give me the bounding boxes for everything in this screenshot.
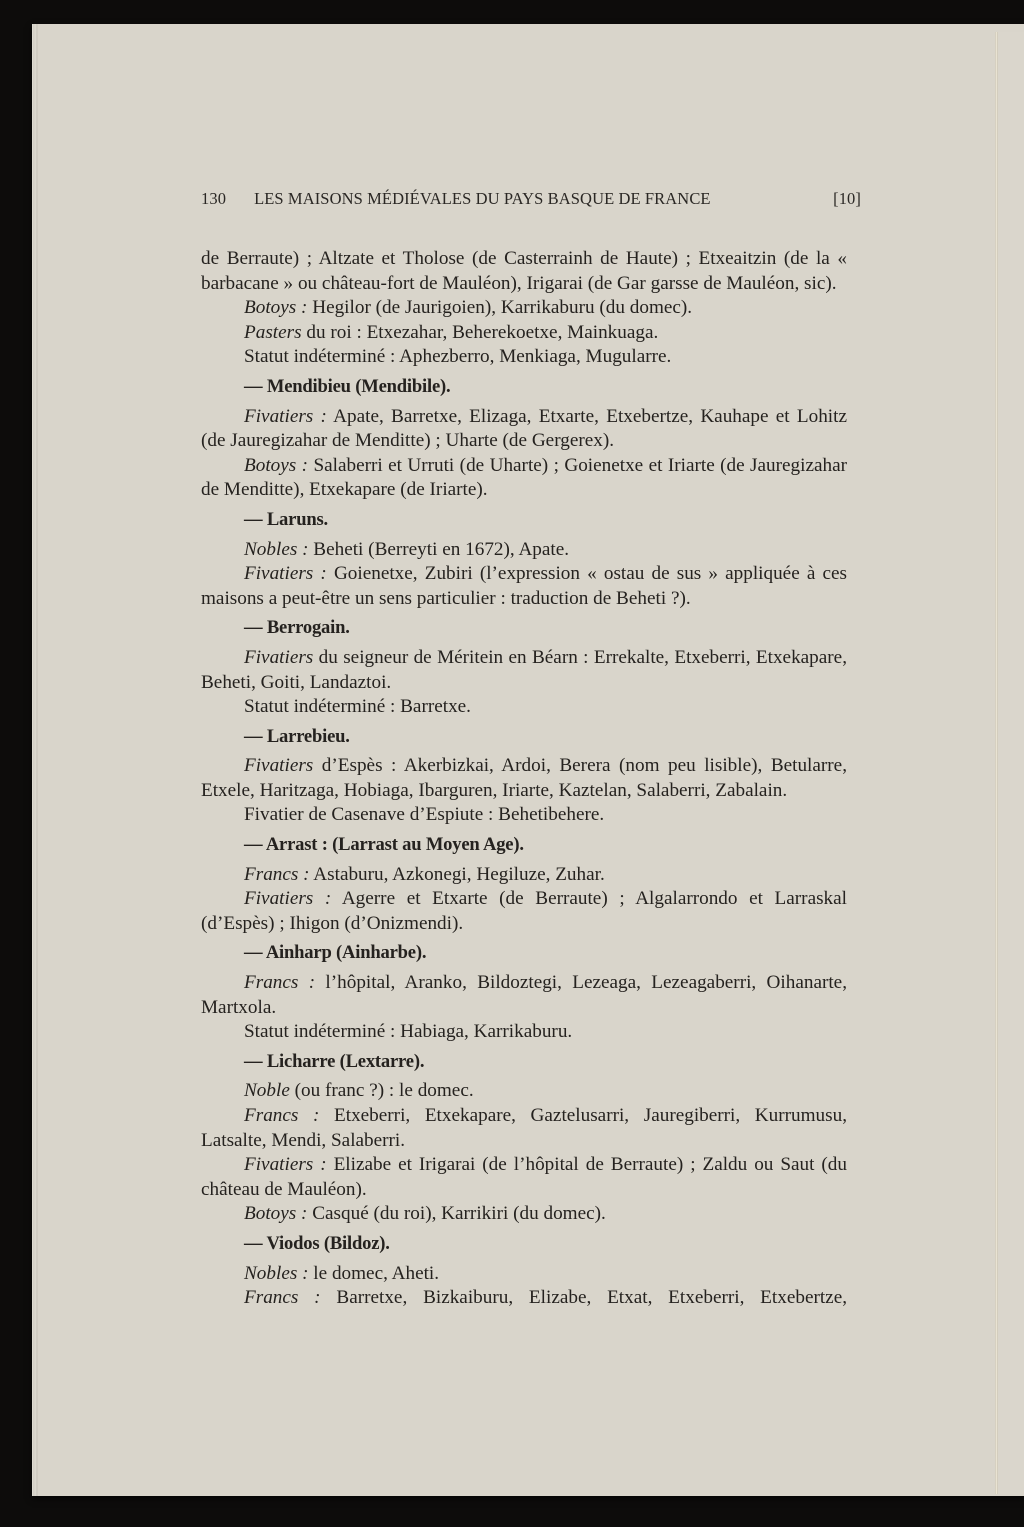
running-header: 130 LES MAISONS MÉDIÉVALES DU PAYS BASQU…: [201, 189, 861, 209]
paragraph-entry: Francs : Barretxe, Bizkaiburu, Elizabe, …: [201, 1286, 847, 1311]
status-label: Nobles :: [244, 1263, 309, 1284]
status-label: Francs :: [244, 1287, 321, 1308]
paragraph-entry: Fivatiers : Elizabe et Irigarai (de l’hô…: [201, 1153, 847, 1202]
status-label: Botoys :: [244, 455, 308, 476]
section-heading: — Ainharp (Ainharbe).: [201, 941, 847, 966]
status-label: Francs :: [244, 1105, 319, 1126]
paragraph-entry: Francs : Etxeberri, Etxekapare, Gaztelus…: [201, 1104, 847, 1153]
section-heading: — Berrogain.: [201, 616, 847, 641]
section-heading: — Laruns.: [201, 508, 847, 533]
status-label: Botoys :: [244, 297, 307, 318]
page-stack-edge: [32, 24, 38, 1496]
paragraph-entry: Nobles : le domec, Aheti.: [201, 1262, 847, 1287]
paragraph-entry: Nobles : Beheti (Berreyti en 1672), Apat…: [201, 538, 847, 563]
paragraph-entry: Francs : l’hôpital, Aranko, Bildoztegi, …: [201, 971, 847, 1020]
status-label: Francs :: [244, 972, 315, 993]
paragraph-entry: Noble (ou franc ?) : le domec.: [201, 1079, 847, 1104]
paragraph-plain: Statut indéterminé : Aphezberro, Menkiag…: [201, 345, 847, 370]
status-label: Pasters: [244, 322, 302, 343]
status-label: Noble: [244, 1080, 290, 1101]
paragraph-plain: Statut indéterminé : Habiaga, Karrikabur…: [201, 1020, 847, 1045]
paragraph-continuation: de Berraute) ; Altzate et Tholose (de Ca…: [201, 247, 847, 296]
paragraph-entry: Fivatiers : Apate, Barretxe, Elizaga, Et…: [201, 405, 847, 454]
paragraph-entry: Fivatiers d’Espès : Akerbizkai, Ardoi, B…: [201, 754, 847, 803]
section-heading: — Larrebieu.: [201, 725, 847, 750]
status-label: Fivatiers: [244, 647, 313, 668]
section-heading: — Licharre (Lextarre).: [201, 1050, 847, 1075]
paragraph-entry: Botoys : Casqué (du roi), Karrikiri (du …: [201, 1202, 847, 1227]
section-heading: — Mendibieu (Mendibile).: [201, 375, 847, 400]
status-label: Fivatiers :: [244, 563, 327, 584]
section-marker: [10]: [833, 189, 861, 209]
paragraph-entry: Fivatiers du seigneur de Méritein en Béa…: [201, 646, 847, 695]
paragraph-entry: Fivatiers : Goienetxe, Zubiri (l’express…: [201, 562, 847, 611]
section-heading: — Arrast : (Larrast au Moyen Age).: [201, 833, 847, 858]
paragraph-plain: Statut indéterminé : Barretxe.: [201, 695, 847, 720]
running-title: LES MAISONS MÉDIÉVALES DU PAYS BASQUE DE…: [226, 189, 833, 209]
next-page-edge: [998, 32, 1024, 1494]
status-label: Fivatiers :: [244, 406, 327, 427]
status-label: Nobles :: [244, 539, 309, 560]
paragraph-entry: Botoys : Hegilor (de Jaurigoien), Karrik…: [201, 296, 847, 321]
status-label: Fivatiers: [244, 755, 313, 776]
status-label: Fivatiers :: [244, 888, 331, 909]
section-heading: — Viodos (Bildoz).: [201, 1232, 847, 1257]
body-text: de Berraute) ; Altzate et Tholose (de Ca…: [201, 247, 847, 1311]
status-label: Francs :: [244, 864, 310, 885]
page-number: 130: [201, 189, 226, 209]
paragraph-entry: Pasters du roi : Etxezahar, Beherekoetxe…: [201, 321, 847, 346]
status-label: Botoys :: [244, 1203, 307, 1224]
paragraph-entry: Francs : Astaburu, Azkonegi, Hegiluze, Z…: [201, 863, 847, 888]
paragraph-entry: Fivatiers : Agerre et Etxarte (de Berrau…: [201, 887, 847, 936]
paragraph-entry: Botoys : Salaberri et Urruti (de Uharte)…: [201, 454, 847, 503]
status-label: Fivatiers :: [244, 1154, 327, 1175]
paragraph-plain: Fivatier de Casenave d’Espiute : Behetib…: [201, 803, 847, 828]
